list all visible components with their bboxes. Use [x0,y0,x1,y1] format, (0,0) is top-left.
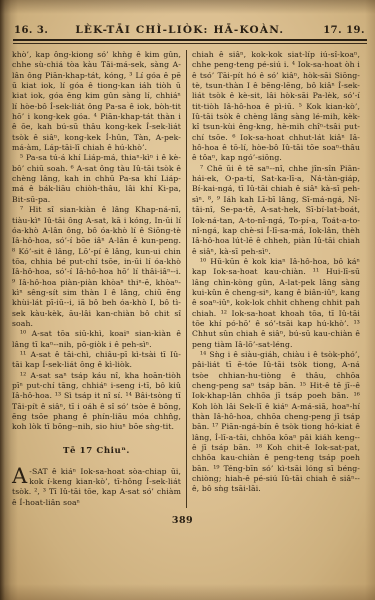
paragraph: ¹² A-sat saⁿ tsáp káu nî, kha hoān-tiòh … [12,371,181,433]
paragraph: khò’, kap ông-kiong só’ khǹg ê kim gûn, … [12,50,181,153]
paragraph: chiah ê siâⁿ, kok-kok siat-líp iú-sî-koa… [192,50,360,164]
left-column: khò’, kap ông-kiong só’ khǹg ê kim gûn, … [12,50,186,508]
paragraph: ¹⁴ Sǹg i ê siàu-giáh, chiàu i ê tsòk-phó… [192,350,360,495]
scanned-book-page: 16. 3. LÈK-TĀI CHÌ-LIÒK: HĀ-KOÀN. 17. 19… [0,0,375,600]
paragraph: ⁵ Pa-sa tú-á khí Liáp-má, thiaⁿ-kìⁿ i ê … [12,153,181,205]
header-rule [13,39,367,44]
right-column: chiah ê siâⁿ, kok-kok siat-líp iú-sî-koa… [186,50,360,508]
paragraph: ¹¹ A-sat ê tāi-chì, chiâu-pī kì-tsài tī … [12,350,181,371]
paragraph: ¹⁰ Hū-kūn ê kok kiaⁿ Iâ-hô-hoa, bô káⁿ k… [192,257,360,350]
drop-cap-letter: A [12,467,29,485]
left-column-paragraphs: khò’, kap ông-kiong só’ khǹg ê kim gûn, … [12,50,181,433]
text-columns: khò’, kap ông-kiong só’ khǹg ê kim gûn, … [0,50,375,508]
header-left-verse-ref: 16. 3. [14,25,48,36]
page-number: 389 [0,515,370,526]
header-right-verse-ref: 17. 19. [323,25,365,36]
chapter-opening-paragraph: A-SAT ê kiáⁿ Iok-sa-hoat sòa-chiap ūi, k… [12,467,181,508]
right-column-paragraphs: chiah ê siâⁿ, kok-kok siat-líp iú-sî-koa… [192,50,360,495]
running-header: 16. 3. LÈK-TĀI CHÌ-LIÒK: HĀ-KOÀN. 17. 19… [0,0,375,39]
chapter-heading: Tē 17 Chiuⁿ. [12,446,181,456]
chapter-opening-text: -SAT ê kiáⁿ Iok-sa-hoat sòa-chiap ūi, ko… [12,467,181,507]
book-gutter-shadow [0,0,6,600]
page-title: LÈK-TĀI CHÌ-LIÒK: HĀ-KOÀN. [75,24,284,36]
paragraph: ⁷ Hit sî sian-kiàn ê lâng Khap-ná-nī, ti… [12,205,181,329]
paragraph: ⁷ Chē ūi ê tē saⁿ--nî, chhe jîn-sîn Piān… [192,164,360,257]
paragraph: ¹⁰ A-sat tōa siū-khì, koaiⁿ sian-kiàn ê … [12,329,181,350]
